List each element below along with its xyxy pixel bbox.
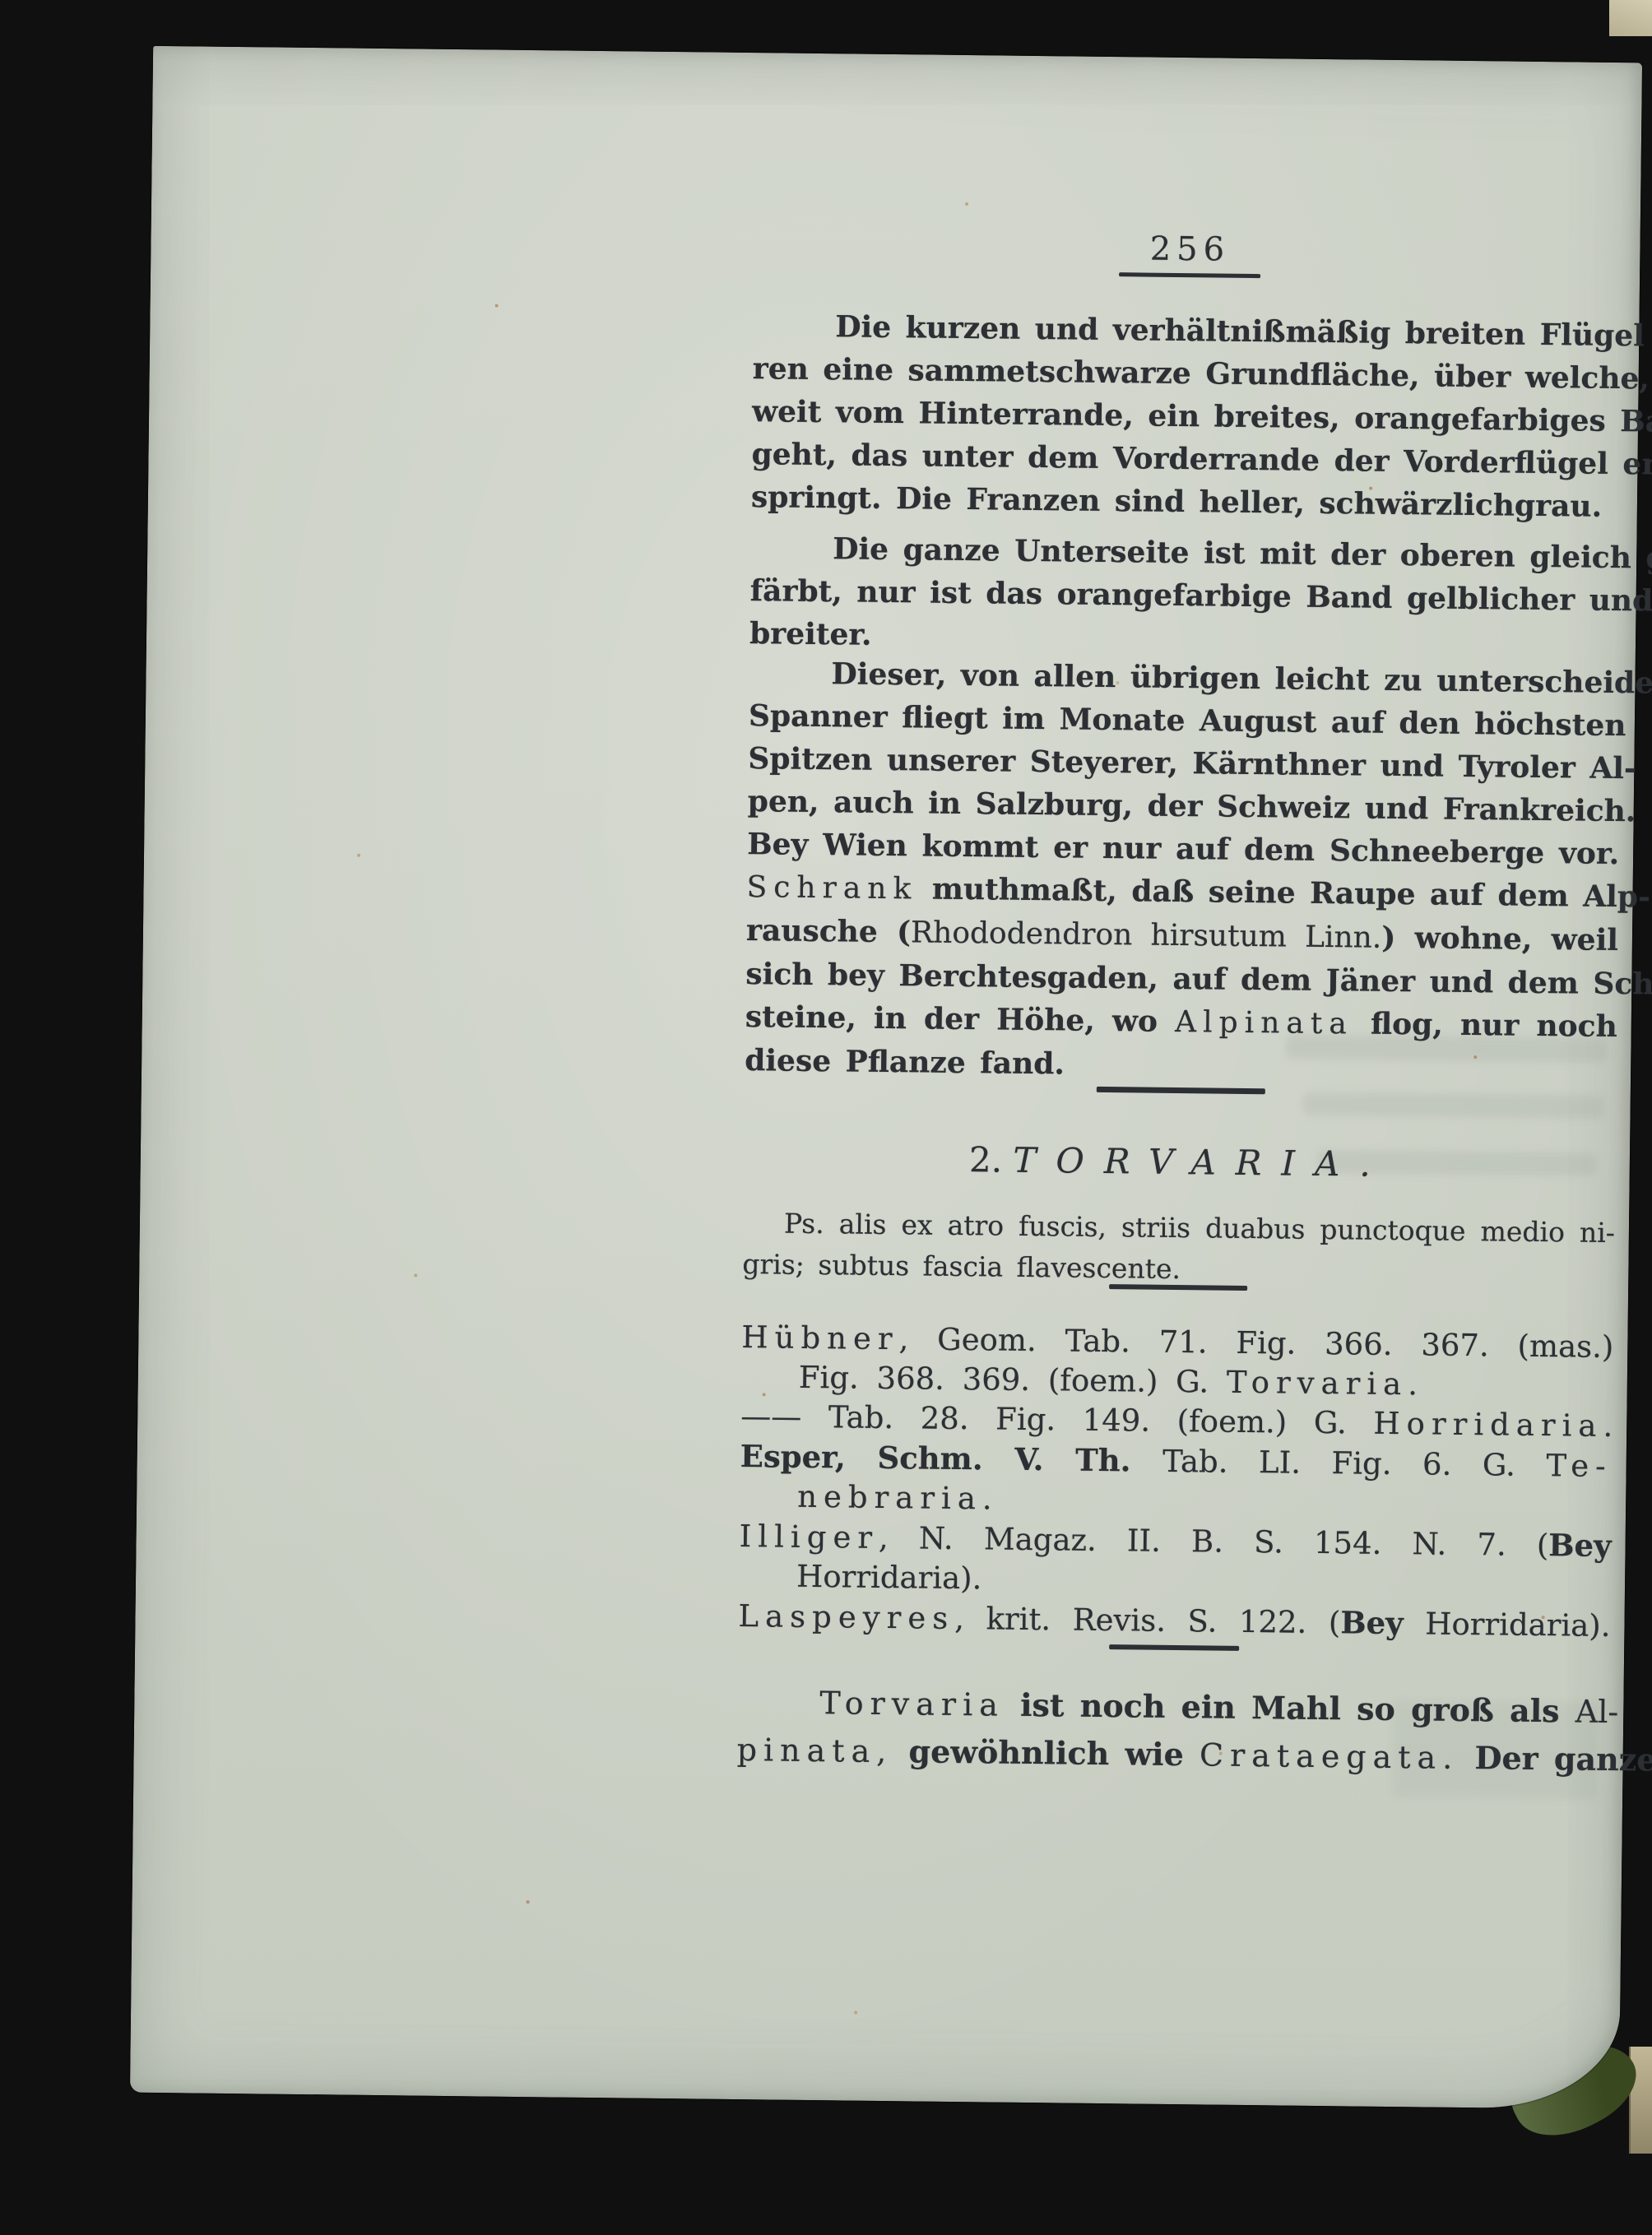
paper-speckles — [153, 46, 155, 48]
paragraph-torvaria-size: Torvaria ist noch ein Mahl so groß als A… — [736, 1678, 1609, 1783]
text-run: Die kurzen und verhältnißmäßig breiten F… — [835, 309, 1652, 354]
text-column: 256Die kurzen und verhältnißmäßig breite… — [733, 53, 1628, 2109]
text-run: Bey — [1340, 1604, 1404, 1641]
text-run: pen, auch in Salzburg, der Schweiz und F… — [748, 784, 1636, 828]
text-run: ist noch ein Mahl so groß als — [1005, 1686, 1575, 1730]
text-run: flog, nur noch — [1353, 1006, 1617, 1044]
text-run: . — [1603, 1408, 1613, 1444]
paragraph-underside: Die ganze Unterseite ist mit der oberen … — [749, 526, 1623, 665]
text-line: 2. TORVARIA. — [744, 1137, 1616, 1188]
text-run: Bey — [1548, 1527, 1612, 1564]
text-run: —— Tab. 28. Fig. 149. (foem.) G. — [740, 1398, 1374, 1441]
text-run: weit vom Hinterrande, ein breites, orang… — [752, 394, 1652, 439]
text-run: Die ganze Unterseite ist mit der oberen … — [833, 531, 1652, 576]
text-run: Torvaria — [1227, 1365, 1408, 1402]
text-run: Te- — [1546, 1448, 1613, 1484]
text-run: . — [982, 1481, 992, 1516]
text-run: Al- — [1575, 1694, 1619, 1731]
text-run: Alpinata — [1175, 1005, 1353, 1041]
book-edge-top-right — [1609, 0, 1652, 36]
text-run: Torvaria — [819, 1685, 1005, 1723]
text-run: breiter. — [749, 616, 872, 652]
text-run: pinata, — [736, 1732, 893, 1769]
text-run: Esper, Schm. V. Th. — [740, 1438, 1163, 1479]
text-run: , N. Magaz. II. B. S. 154. N. 7. ( — [879, 1520, 1549, 1563]
text-run: rausche ( — [746, 913, 912, 949]
text-run: springt. Die Franzen sind heller, schwär… — [751, 480, 1603, 524]
section-rule-2 — [1109, 1284, 1247, 1291]
text-run: , Geom. Tab. 71. Fig. 366. 367. (mas.) — [898, 1321, 1613, 1365]
text-run: steine, in der Höhe, wo — [745, 999, 1176, 1039]
text-run: färbt, nur ist das orangefarbige Band ge… — [749, 573, 1652, 618]
text-run: Ps. alis ex atro fuscis, striis duabus p… — [784, 1208, 1615, 1249]
text-run: . — [1408, 1366, 1418, 1402]
text-run: Der ganze — [1459, 1739, 1652, 1778]
text-run: , krit. Revis. S. 122. ( — [954, 1601, 1341, 1640]
page-number-rule — [1119, 272, 1260, 278]
text-run: Schrank — [746, 870, 917, 906]
text-run: muthmaßt, daß seine Raupe auf dem Alp- — [917, 871, 1650, 914]
paragraph-wing-description: Die kurzen und verhältnißmäßig breiten F… — [751, 304, 1626, 528]
text-run: 256 — [1150, 230, 1231, 269]
book-page: 256Die kurzen und verhältnißmäßig breite… — [130, 46, 1642, 2109]
text-run: ) wohne, weil — [1381, 920, 1618, 958]
text-run: Crataegata. — [1200, 1737, 1459, 1776]
text-run: Rhododendron hirsutum Linn. — [911, 916, 1382, 954]
text-run: Horridaria). — [796, 1559, 982, 1597]
text-run: Hübner — [741, 1319, 899, 1356]
text-line: 256 — [754, 225, 1626, 273]
text-run: gris; subtus fascia flavescente. — [742, 1248, 1181, 1285]
text-run: geht, das unter dem Vorderrande der Vord… — [751, 437, 1652, 482]
section-rule-1 — [1096, 1087, 1265, 1094]
text-run: diese Pflanze fand. — [745, 1043, 1065, 1081]
species-heading: 2. TORVARIA. — [744, 1137, 1616, 1188]
text-run: Horridaria). — [1403, 1606, 1610, 1644]
text-run: Bey Wien kommt er nur auf dem Schneeberg… — [747, 827, 1619, 871]
bibliography: Hübner, Geom. Tab. 71. Fig. 366. 367. (m… — [738, 1318, 1613, 1646]
section-rule-3 — [1109, 1644, 1239, 1651]
text-run: gewöhnlich wie — [893, 1732, 1200, 1773]
text-run: ren eine sammetschwarze Grundfläche, übe… — [753, 351, 1652, 397]
text-run: TORVARIA. — [1013, 1140, 1390, 1185]
text-run: Spanner fliegt im Monate August auf den … — [749, 698, 1626, 743]
text-run: Laspeyres — [738, 1598, 954, 1636]
paragraph-habitat: Dieser, von allen übrigen leicht zu unte… — [745, 651, 1622, 1092]
text-run: sich bey Berchtesgaden, auf dem Jäner un… — [745, 957, 1652, 1003]
text-run: Spitzen unserer Steyerer, Kärnthner und … — [748, 741, 1636, 786]
text-run: 2. — [969, 1139, 1014, 1180]
page-number: 256 — [754, 225, 1626, 273]
text-run: Tab. LI. Fig. 6. G. — [1162, 1444, 1547, 1483]
text-run: Illiger — [739, 1519, 879, 1556]
text-run: Fig. 368. 369. (foem.) G. — [799, 1360, 1227, 1400]
text-run: nebraria — [797, 1479, 982, 1517]
text-line: pinata, gewöhnlich wie Crataegata. Der g… — [736, 1726, 1609, 1783]
text-run: Horridaria — [1373, 1406, 1603, 1444]
text-line: springt. Die Franzen sind heller, schwär… — [751, 475, 1624, 528]
text-run: Dieser, von allen übrigen leicht zu unte… — [831, 656, 1652, 701]
scanned-book-photo: { "colors": { "background": "#101011", "… — [0, 0, 1652, 2235]
